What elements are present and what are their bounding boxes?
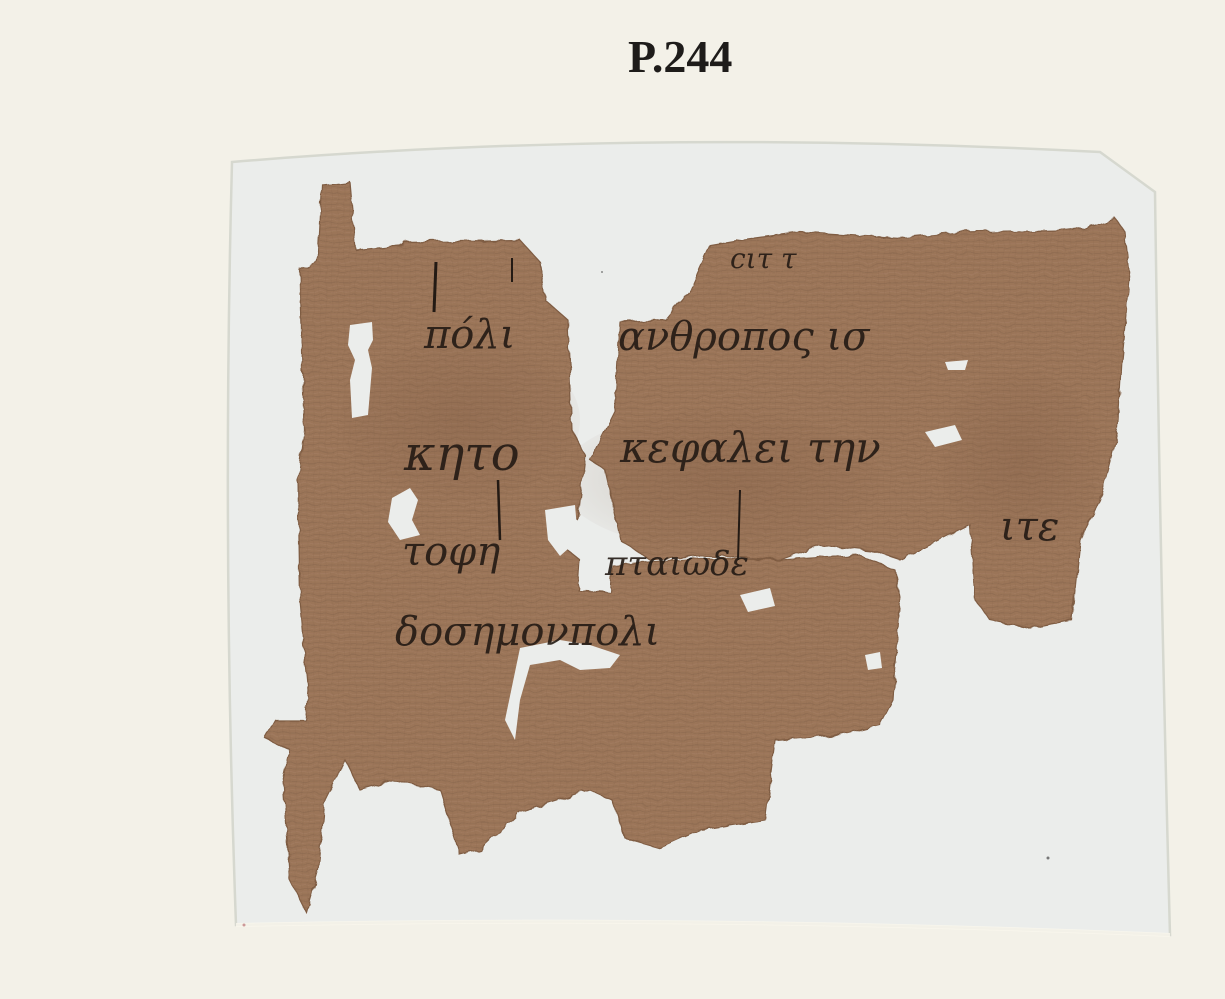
script-line-2a: κητο xyxy=(403,426,520,482)
script-line-3c: ιτε xyxy=(1000,504,1059,550)
script-line-4: δοσημονπολι xyxy=(395,609,660,655)
script-line-1a: πόλι xyxy=(423,312,515,358)
script-line-3b: πταιωδε xyxy=(604,544,749,584)
papyrus-photograph: πόλι ανθροπος ισ κητο κεφαλει την τοφη π… xyxy=(0,0,1225,999)
script-line-1b: ανθροπος ισ xyxy=(618,314,871,360)
script-line-2b: κεφαλει την xyxy=(619,423,881,472)
script-line-3a: τοφη xyxy=(402,529,500,575)
svg-text:ϲιτ τ: ϲιτ τ xyxy=(730,242,797,275)
